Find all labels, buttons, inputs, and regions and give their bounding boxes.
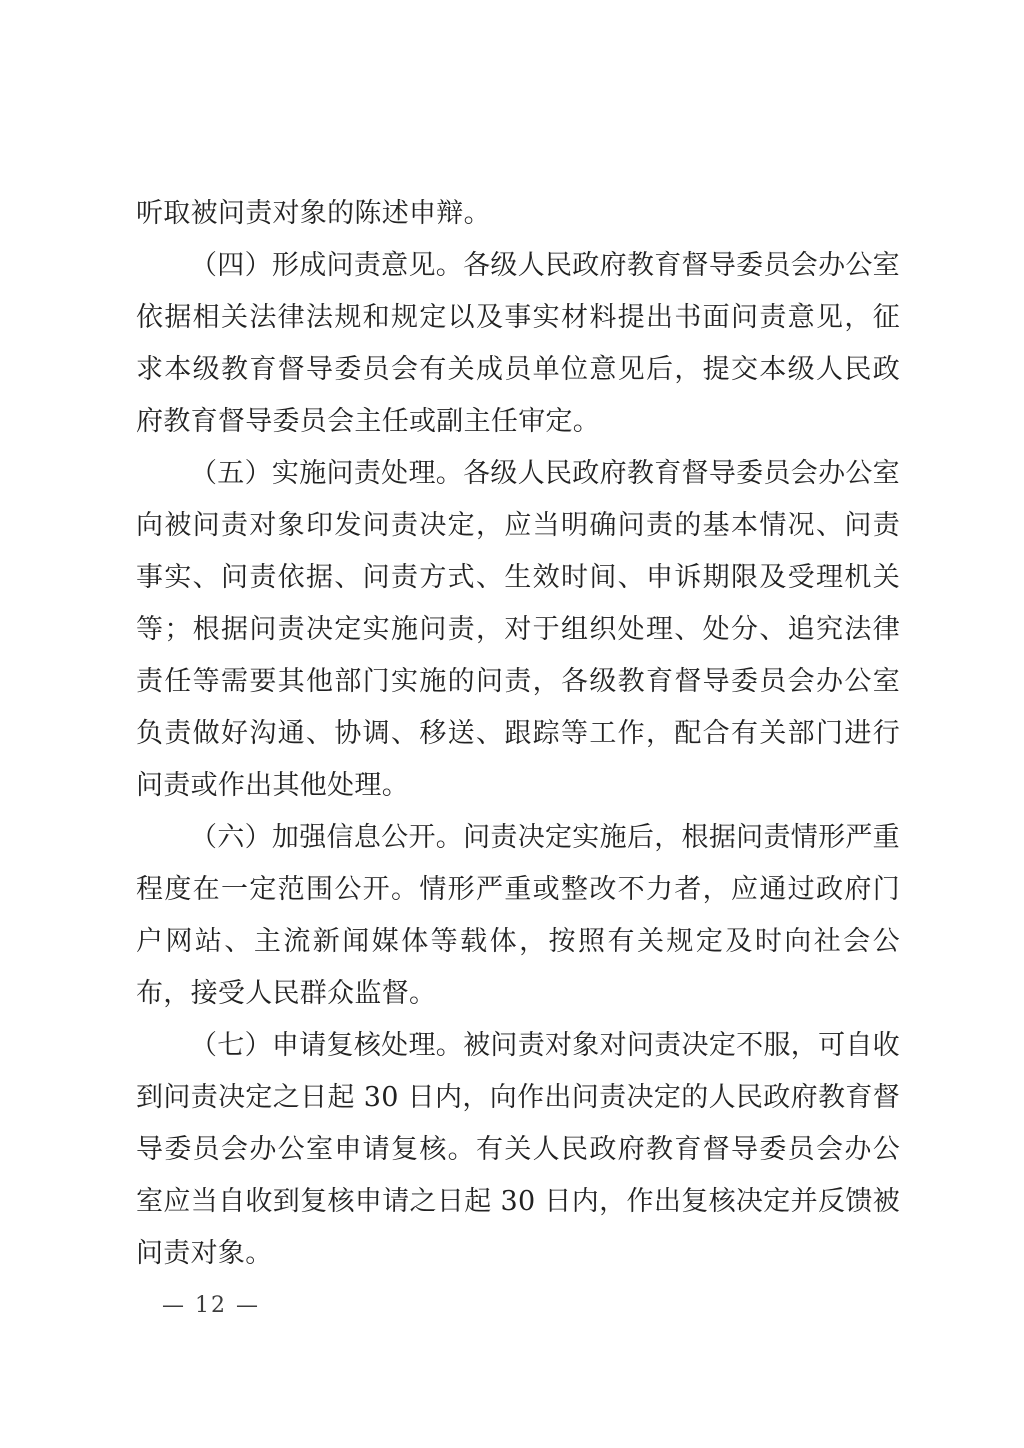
- page-number: — 12 —: [162, 1292, 260, 1320]
- document-page: 听取被问责对象的陈述申辩。 （四）形成问责意见。各级人民政府教育督导委员会办公室…: [0, 0, 1024, 1448]
- document-body: 听取被问责对象的陈述申辩。 （四）形成问责意见。各级人民政府教育督导委员会办公室…: [136, 188, 900, 1280]
- paragraph-item-six: （六）加强信息公开。问责决定实施后，根据问责情形严重程度在一定范围公开。情形严重…: [136, 812, 900, 1020]
- paragraph-continuation: 听取被问责对象的陈述申辩。: [136, 188, 900, 240]
- paragraph-item-five: （五）实施问责处理。各级人民政府教育督导委员会办公室向被问责对象印发问责决定，应…: [136, 448, 900, 812]
- paragraph-item-seven: （七）申请复核处理。被问责对象对问责决定不服，可自收到问责决定之日起 30 日内…: [136, 1020, 900, 1280]
- paragraph-item-four: （四）形成问责意见。各级人民政府教育督导委员会办公室依据相关法律法规和规定以及事…: [136, 240, 900, 448]
